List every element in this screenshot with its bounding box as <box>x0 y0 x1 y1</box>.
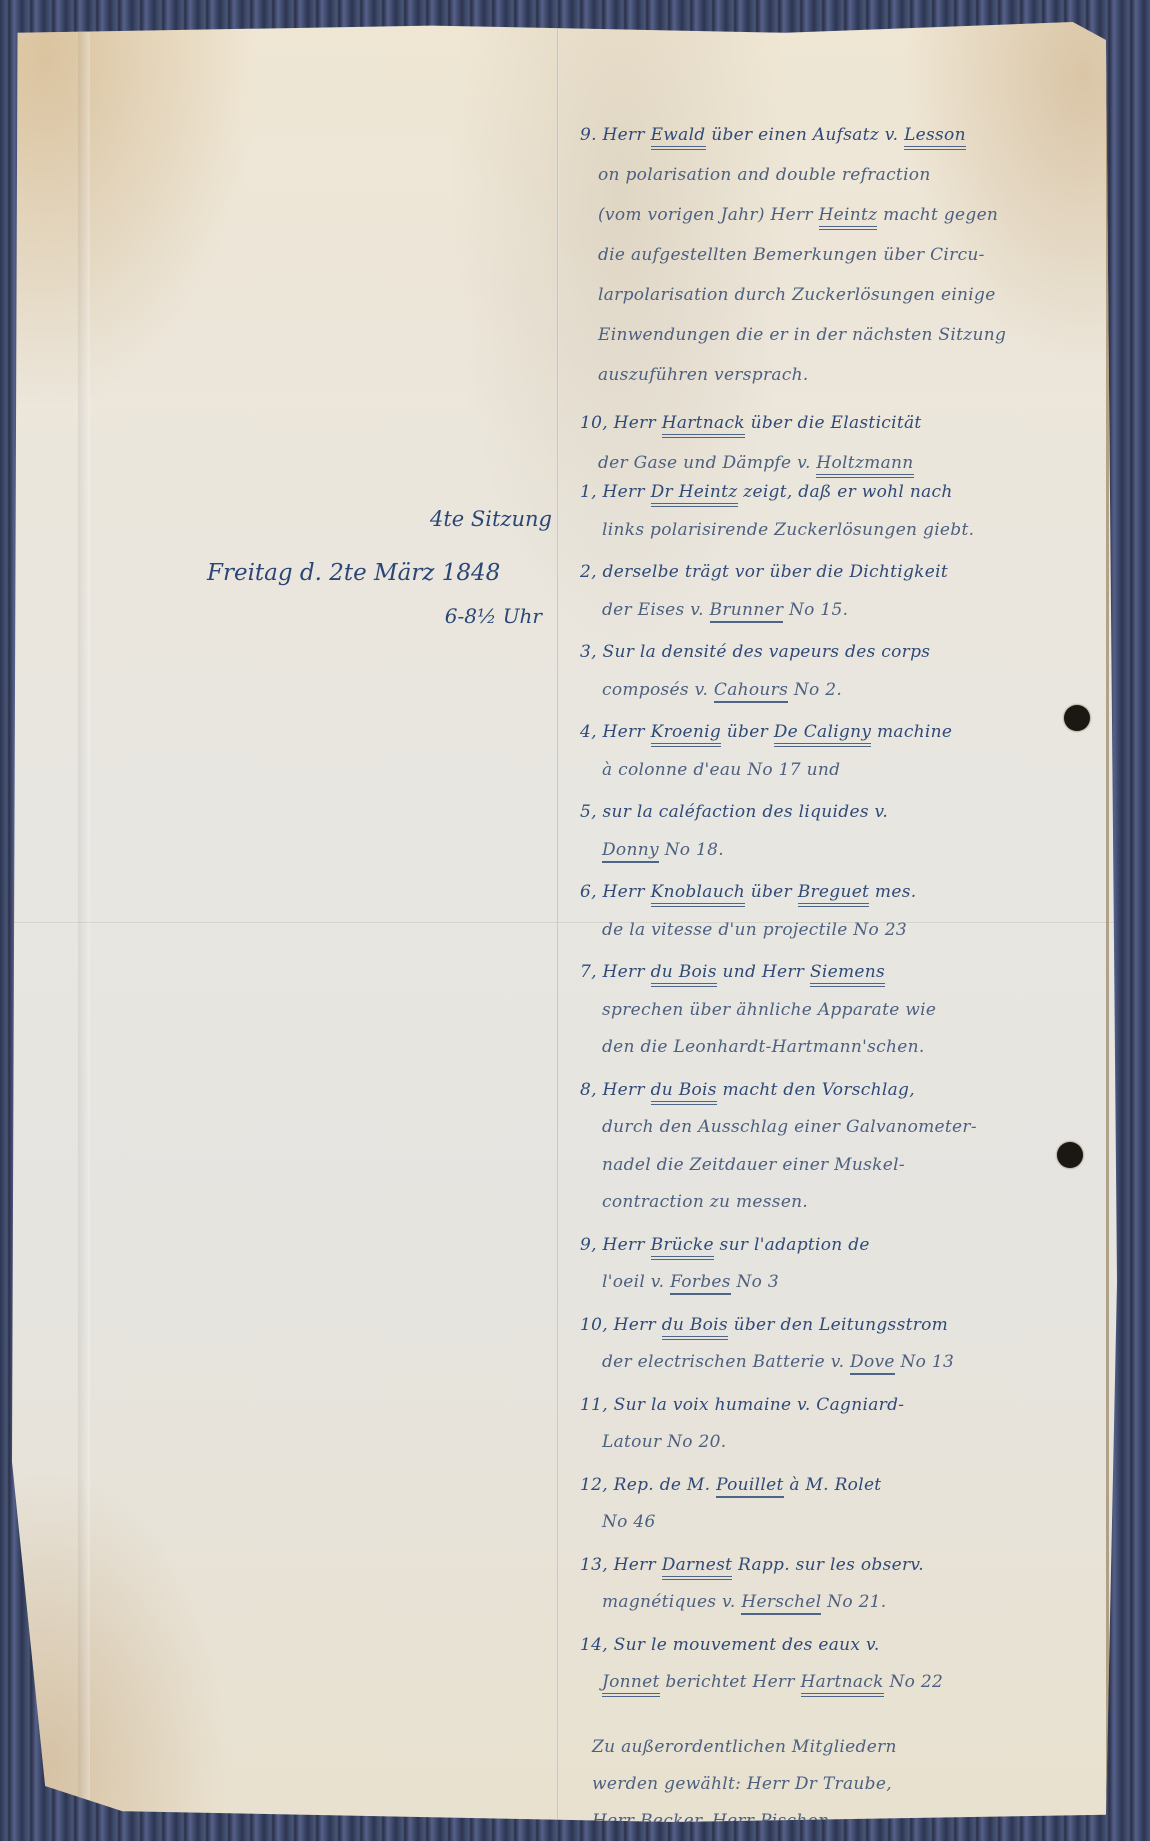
horizontal-fold <box>12 922 1117 924</box>
agenda-item-line: Donny No 18. <box>602 842 724 859</box>
minutes-line: die aufgestellten Bemerkungen über Circu… <box>598 247 985 264</box>
minutes-line: Einwendungen die er in der nächsten Sitz… <box>598 327 1006 344</box>
page-edge <box>1106 82 1109 1810</box>
agenda-item-line: magnétiques v. Herschel No 21. <box>602 1594 887 1611</box>
underlined-name: Hartnack <box>662 413 745 438</box>
underlined-name: Dr Heintz <box>651 482 738 507</box>
minutes-line: auszuführen versprach. <box>598 367 809 384</box>
agenda-item-line: Latour No 20. <box>602 1434 726 1451</box>
agenda-item-line: 7, Herr du Bois und Herr Siemens <box>580 964 885 981</box>
minutes-line: 10, Herr Hartnack über die Elasticität <box>580 415 922 432</box>
agenda-item-line: 1, Herr Dr Heintz zeigt, daß er wohl nac… <box>580 484 953 501</box>
agenda-item-line: 4, Herr Kroenig über De Caligny machine <box>580 724 952 741</box>
underlined-name: Knoblauch <box>651 882 745 907</box>
underlined-name: De Caligny <box>774 722 872 747</box>
underlined-name: du Bois <box>651 1080 717 1105</box>
punch-hole <box>1057 1142 1083 1168</box>
underlined-name: Pouillet <box>716 1475 784 1498</box>
closing-line: werden gewählt: Herr Dr Traube, <box>592 1776 892 1793</box>
agenda-item-line: à colonne d'eau No 17 und <box>602 762 840 779</box>
minutes-line: on polarisation and double refraction <box>598 167 931 184</box>
agenda-item-line: 9, Herr Brücke sur l'adaption de <box>580 1237 870 1254</box>
underlined-name: Forbes <box>670 1272 731 1295</box>
agenda-item-line: contraction zu messen. <box>602 1194 808 1211</box>
underlined-name: Heintz <box>819 205 878 230</box>
underlined-name: Herschel <box>741 1592 821 1615</box>
underlined-name: Lesson <box>904 125 966 150</box>
minutes-line: (vom vorigen Jahr) Herr Heintz macht geg… <box>598 207 998 224</box>
underlined-name: Dove <box>850 1352 895 1375</box>
agenda-item-line: de la vitesse d'un projectile No 23 <box>602 922 907 939</box>
underlined-name: Kroenig <box>651 722 722 747</box>
session-date: Freitag d. 2te März 1848 <box>207 560 500 586</box>
agenda-item-line: 12, Rep. de M. Pouillet à M. Rolet <box>580 1477 881 1494</box>
underlined-name: Brunner <box>710 600 784 623</box>
underlined-name: Hartnack <box>801 1672 884 1697</box>
agenda-item-line: nadel die Zeitdauer einer Muskel- <box>602 1157 905 1174</box>
underlined-name: Donny <box>602 840 659 863</box>
agenda-item-line: 8, Herr du Bois macht den Vorschlag, <box>580 1082 915 1099</box>
underlined-name: Holtzmann <box>816 453 913 478</box>
agenda-item-line: 14, Sur le mouvement des eaux v. <box>580 1637 880 1654</box>
underlined-name: Jonnet <box>602 1672 660 1697</box>
manuscript-page: 4te Sitzung Freitag d. 2te März 1848 6-8… <box>12 22 1117 1822</box>
underlined-name: Siemens <box>810 962 885 987</box>
closing-line: Herr Becker, Herr Pischon. <box>592 1813 835 1830</box>
agenda-item-line: der Eises v. Brunner No 15. <box>602 602 848 619</box>
agenda-item-line: No 46 <box>602 1514 656 1531</box>
underlined-name: Darnest <box>662 1555 733 1580</box>
agenda-item-line: 5, sur la caléfaction des liquides v. <box>580 804 888 821</box>
agenda-item-line: durch den Ausschlag einer Galvanometer- <box>602 1119 977 1136</box>
underlined-name: Cahours <box>714 680 788 703</box>
underlined-name: du Bois <box>651 962 717 987</box>
underlined-name: Breguet <box>798 882 870 907</box>
underlined-name: du Bois <box>662 1315 728 1340</box>
agenda-item-line: links polarisirende Zuckerlösungen giebt… <box>602 522 974 539</box>
agenda-item-line: composés v. Cahours No 2. <box>602 682 842 699</box>
minutes-line: larpolarisation durch Zuckerlösungen ein… <box>598 287 996 304</box>
underlined-name: Brücke <box>651 1235 714 1260</box>
minutes-line: 9. Herr Ewald über einen Aufsatz v. Less… <box>580 127 966 144</box>
agenda-item-line: 13, Herr Darnest Rapp. sur les observ. <box>580 1557 924 1574</box>
agenda-item-line: 11, Sur la voix humaine v. Cagniard- <box>580 1397 904 1414</box>
session-title: 4te Sitzung <box>430 507 552 531</box>
agenda-item-line: der electrischen Batterie v. Dove No 13 <box>602 1354 954 1371</box>
minutes-line: der Gase und Dämpfe v. Holtzmann <box>598 455 914 472</box>
agenda-item-line: l'oeil v. Forbes No 3 <box>602 1274 779 1291</box>
agenda-item-line: 6, Herr Knoblauch über Breguet mes. <box>580 884 916 901</box>
agenda-item-line: 2, derselbe trägt vor über die Dichtigke… <box>580 564 948 581</box>
agenda-item-line: sprechen über ähnliche Apparate wie <box>602 1002 936 1019</box>
agenda-item-line: Jonnet berichtet Herr Hartnack No 22 <box>602 1674 943 1691</box>
closing-line: Zu außerordentlichen Mitgliedern <box>592 1739 897 1756</box>
underlined-name: Ewald <box>651 125 706 150</box>
agenda-item-line: 10, Herr du Bois über den Leitungsstrom <box>580 1317 948 1334</box>
agenda-item-line: 3, Sur la densité des vapeurs des corps <box>580 644 930 661</box>
punch-hole <box>1064 705 1090 731</box>
agenda-item-line: den die Leonhardt-Hartmann'schen. <box>602 1039 925 1056</box>
session-time: 6-8½ Uhr <box>445 604 542 628</box>
